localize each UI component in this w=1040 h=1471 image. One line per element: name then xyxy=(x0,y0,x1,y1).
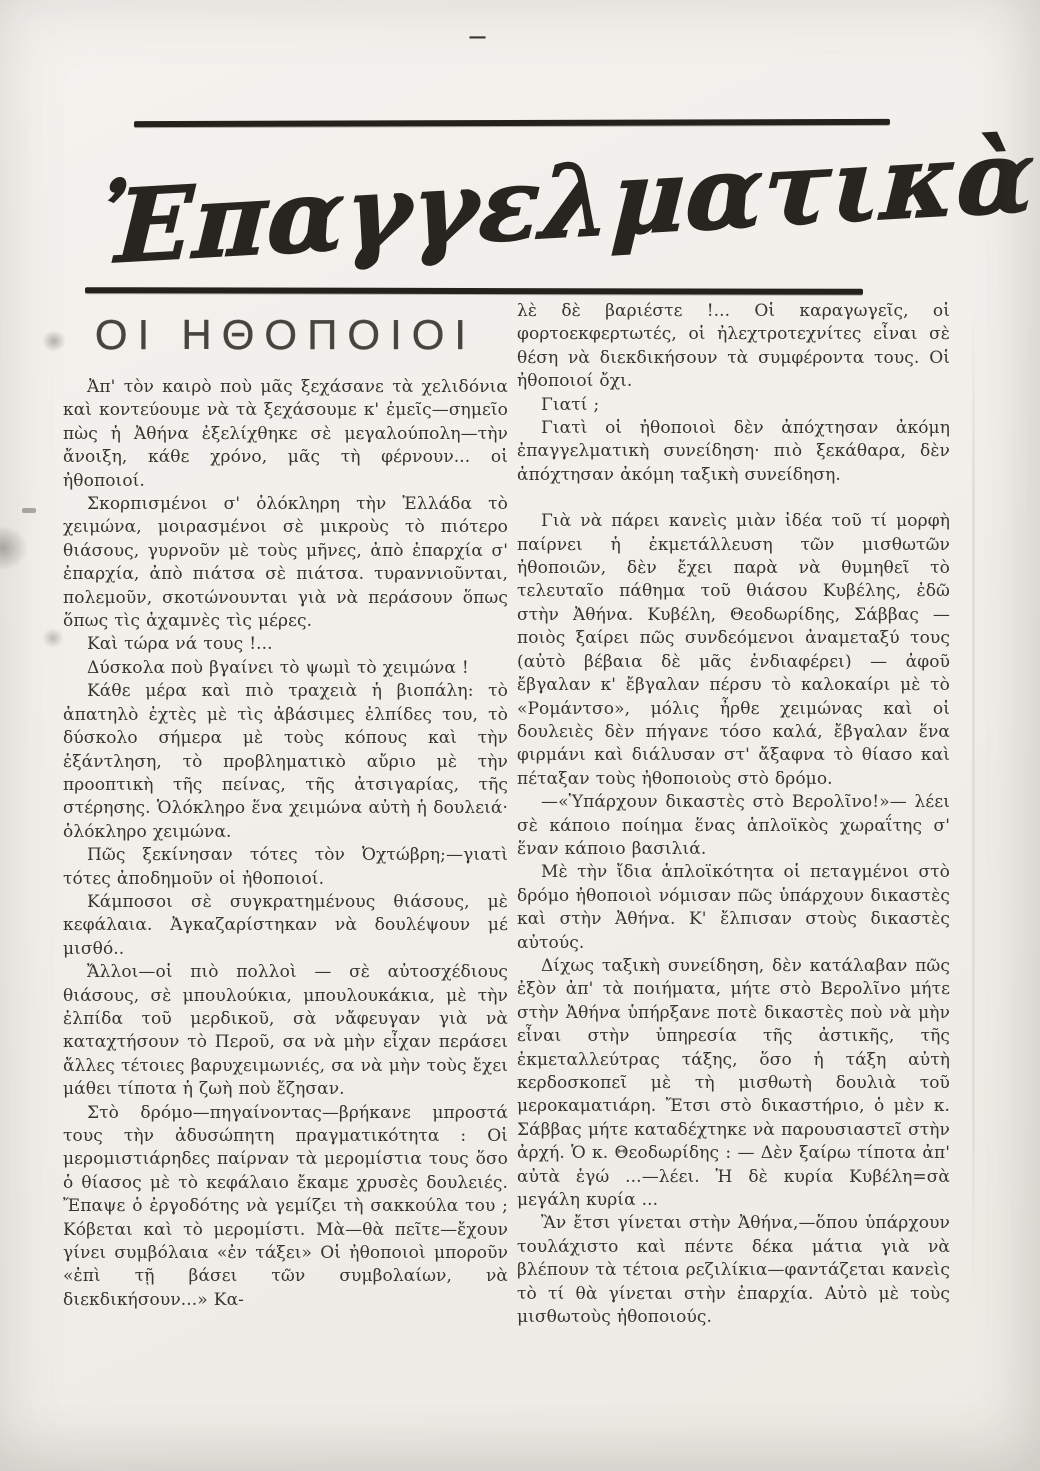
paragraph: Ἂν ἔτσι γίνεται στὴν Ἀθήνα,—ὅπου ὑπάρχου… xyxy=(517,1212,950,1329)
left-column-text: Ἀπ' τὸν καιρὸ ποὺ μᾶς ξεχάσανε τὰ χελιδό… xyxy=(63,376,508,1312)
paragraph: Γιὰ νὰ πάρει κανεὶς μιὰν ἰδέα τοῦ τί μορ… xyxy=(517,510,950,791)
paragraph: Γιατὶ οἱ ἠθοποιοὶ δὲν ἀπόχτησαν ἀκόμη ἐπ… xyxy=(517,417,950,487)
left-column: ΟΙ ΗΘΟΠΟΙΟΙ Ἀπ' τὸν καιρὸ ποὺ μᾶς ξεχάσα… xyxy=(63,315,508,1312)
paragraph: Καὶ τώρα νά τους !... xyxy=(63,633,508,656)
scanned-magazine-page: — Ἐπαγγελματικὰ ΟΙ ΗΘΟΠΟΙΟΙ Ἀπ' τὸν καιρ… xyxy=(0,0,1040,1471)
paragraph: Κάθε μέρα καὶ πιὸ τραχειὰ ἡ βιοπάλη: τὸ … xyxy=(63,680,508,844)
margin-mark xyxy=(22,508,36,513)
article-heading: ΟΙ ΗΘΟΠΟΙΟΙ xyxy=(63,315,508,355)
scan-edge-streak xyxy=(972,300,975,1310)
page-number-dash: — xyxy=(462,28,492,46)
ink-smudge xyxy=(42,628,64,648)
paragraph: Κάμποσοι σὲ συγκρατημένους θιάσους, μὲ κ… xyxy=(63,891,508,961)
paragraph: Σκορπισμένοι σ' ὁλόκληρη τὴν Ἑλλάδα τὸ χ… xyxy=(63,493,508,633)
paragraph: Μὲ τὴν ἴδια ἁπλοϊκότητα οἱ πεταγμένοι στ… xyxy=(517,861,950,955)
masthead-script-title: Ἐπαγγελματικὰ xyxy=(97,103,983,313)
right-column: λὲ δὲ βαριέστε !... Οἱ καραγωγεῖς, οἱ φο… xyxy=(517,300,950,1329)
paragraph: Γιατί ; xyxy=(517,394,950,417)
paragraph: Ἀπ' τὸν καιρὸ ποὺ μᾶς ξεχάσανε τὰ χελιδό… xyxy=(63,376,508,493)
paragraph: —«Ὑπάρχουν δικαστὲς στὸ Βερολῖνο!»— λέει… xyxy=(517,791,950,861)
paragraph: Δύσκολα ποὺ βγαίνει τὸ ψωμὶ τὸ χειμώνα ! xyxy=(63,657,508,680)
paragraph: Δίχως ταξικὴ συνείδηση, δὲν κατάλαβαν πῶ… xyxy=(517,955,950,1212)
paragraph: λὲ δὲ βαριέστε !... Οἱ καραγωγεῖς, οἱ φο… xyxy=(517,300,950,394)
margin-smudge xyxy=(0,525,28,571)
paragraph: Ἄλλοι—οἱ πιὸ πολλοὶ — σὲ αὐτοσχέδιους θι… xyxy=(63,961,508,1101)
paragraph: Πῶς ξεκίνησαν τότες τὸν Ὀχτώβρη;—γιατὶ τ… xyxy=(63,844,508,891)
paragraph: Στὸ δρόμο—πηγαίνοντας—βρήκανε μπροστά το… xyxy=(63,1102,508,1313)
